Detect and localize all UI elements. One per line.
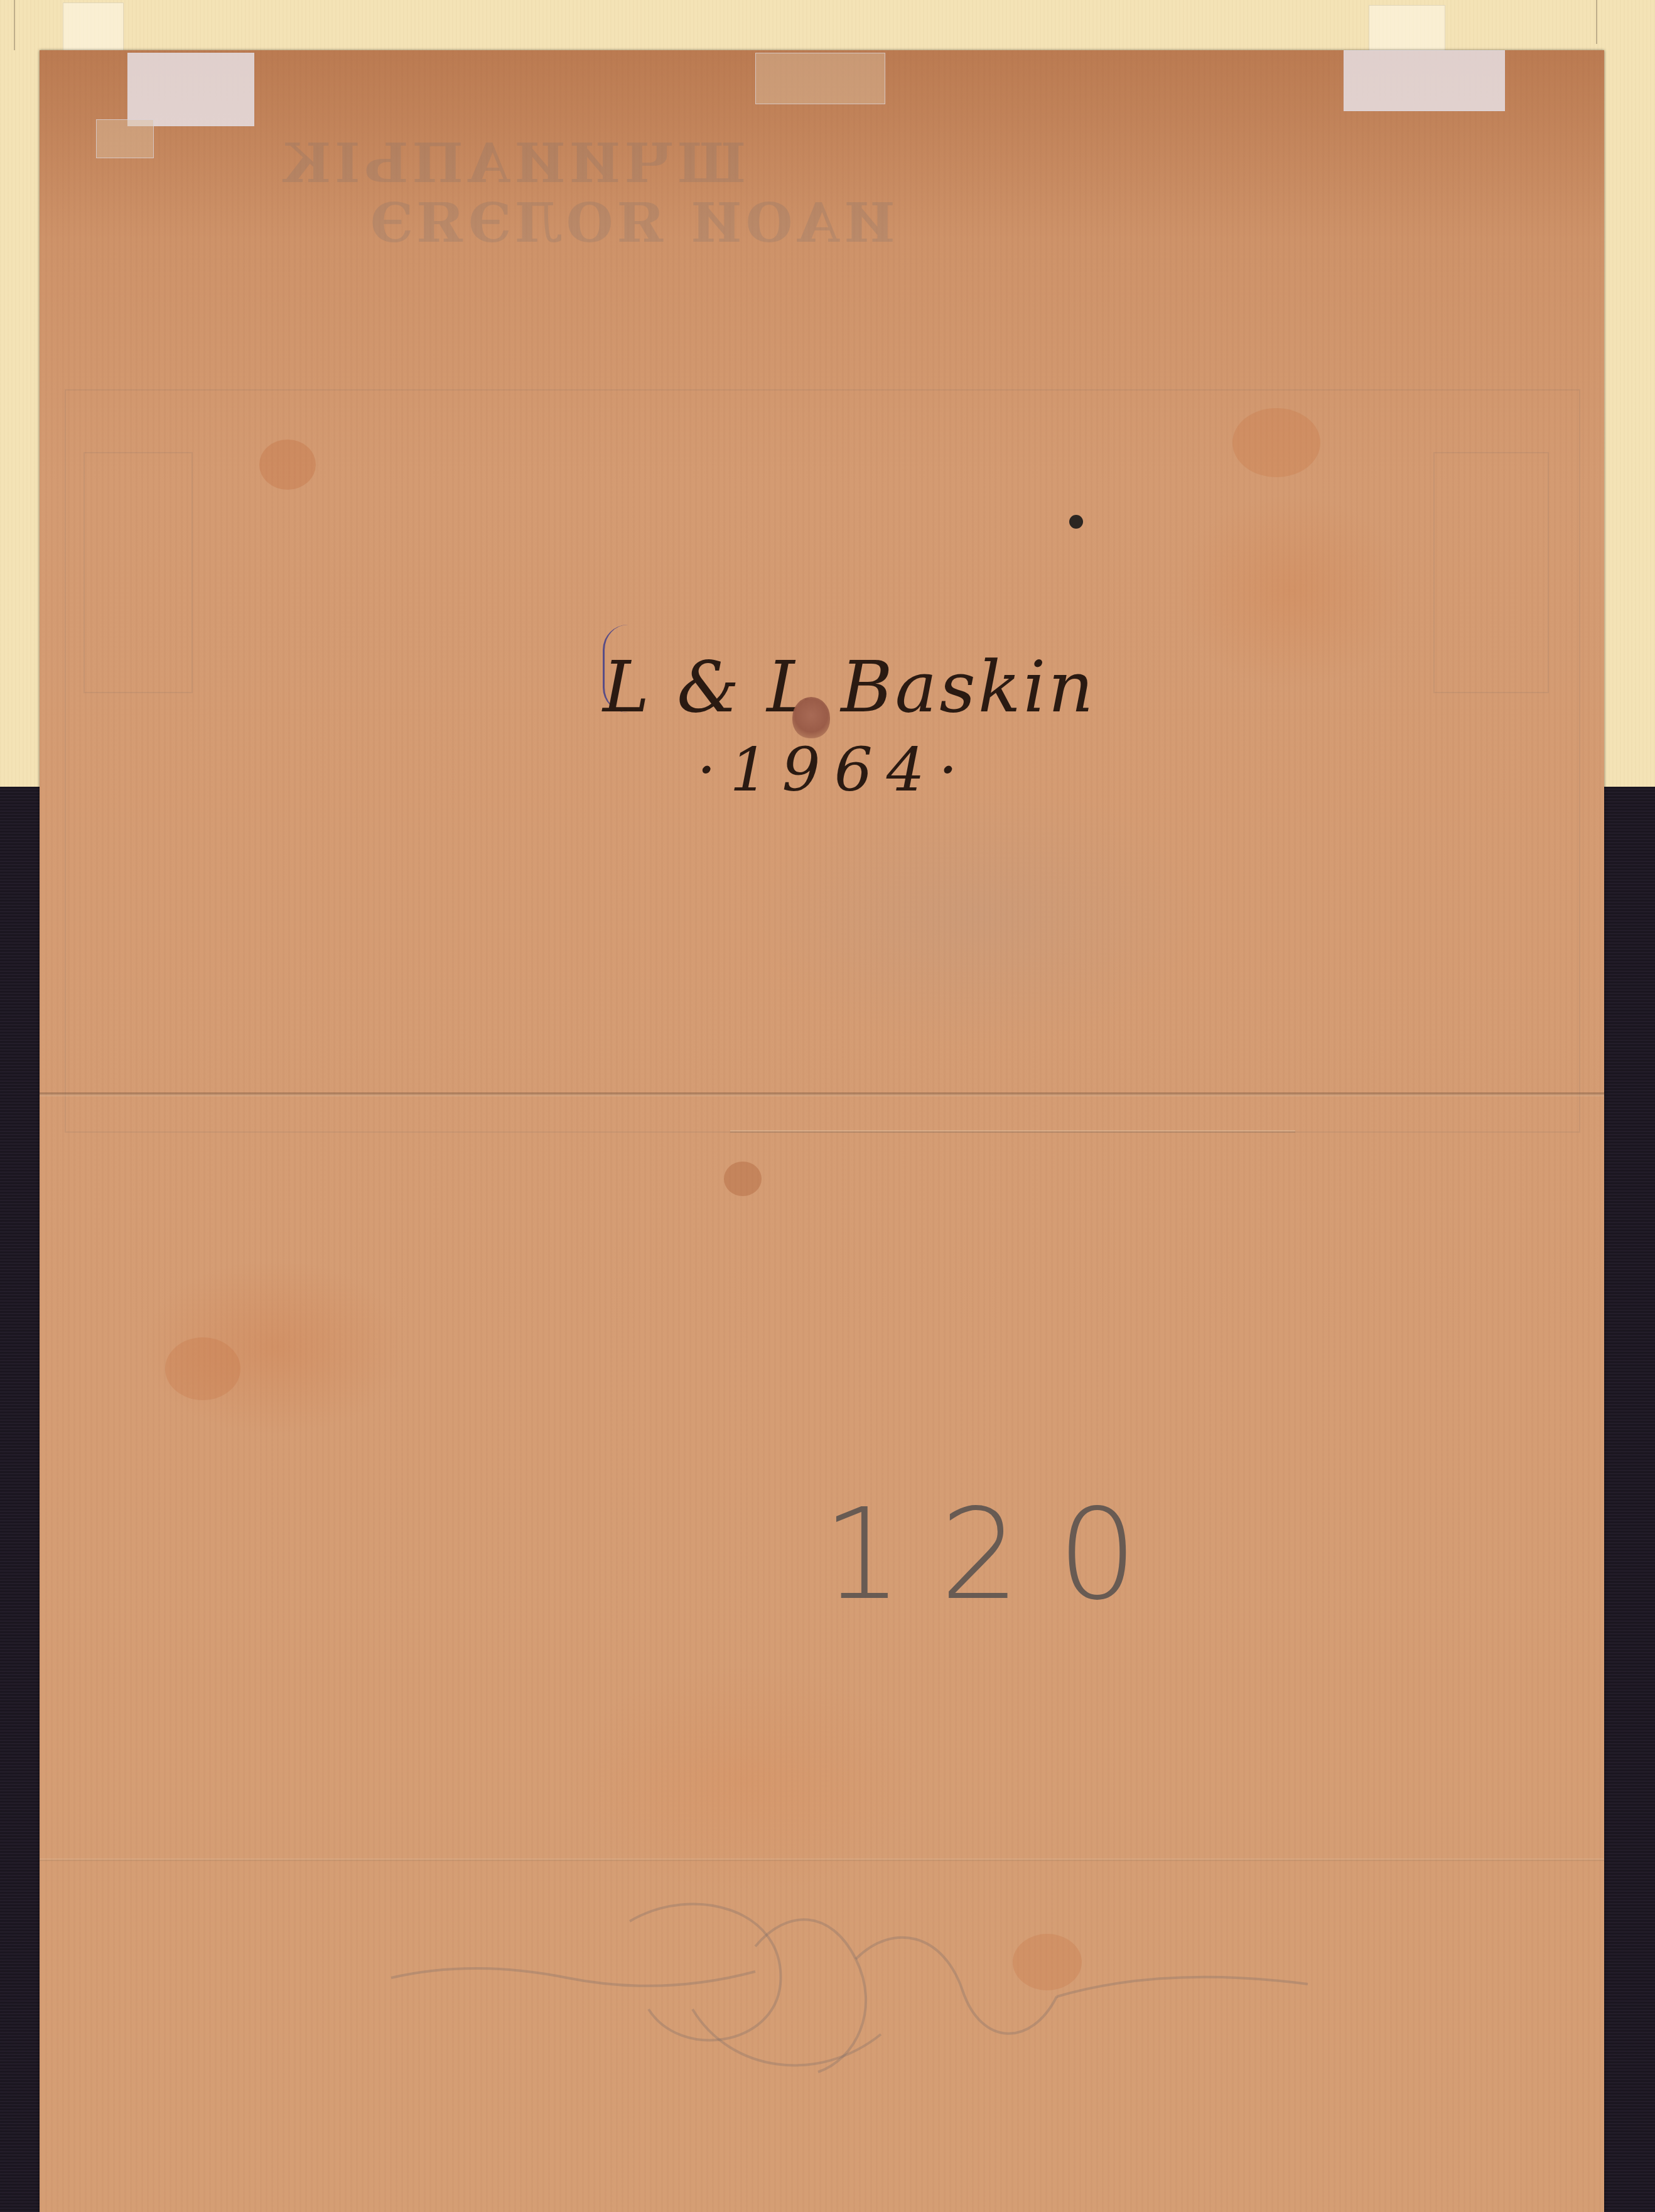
show-through-text-line2: ИАОИ ЯОЛЭЯЭ [366,192,895,255]
mat-edge-line [14,0,15,50]
artist-inscription: L & L Baskin ·1964· [603,647,1096,805]
mat-hinge-tape [63,3,124,54]
paper-sheet-verso: ШЧИИАПЬІК ИАОИ ЯОЛЭЯЭ [40,50,1604,2212]
hinge-tape-right [1344,50,1505,111]
foxing-spot [259,440,316,490]
show-through-text-line1: ШЧИИАПЬІК [278,132,746,195]
inscription-year: ·1964· [697,735,1096,805]
foxing-spot [1232,408,1320,477]
fold-wrinkle [730,1130,1295,1133]
horizontal-fold-crease [40,1093,1604,1096]
tape-residue [96,119,154,158]
pencil-inventory-number: 120 [822,1482,1175,1628]
show-through-flourish [379,1884,1320,2085]
ink-spot [1069,515,1083,529]
foxing-spot [165,1337,240,1400]
mat-hinge-tape [1369,5,1445,53]
inscription-name: L & L Baskin [603,647,1096,728]
pomegranate-stamp-icon [792,697,830,738]
show-through-panel [84,452,193,693]
hinge-tape-left [127,53,254,126]
hinge-tape-center [755,53,885,104]
show-through-panel [1433,452,1549,693]
lower-fold-crease [40,1859,1604,1861]
mat-edge-line [1596,0,1597,44]
foxing-spot [724,1162,762,1196]
